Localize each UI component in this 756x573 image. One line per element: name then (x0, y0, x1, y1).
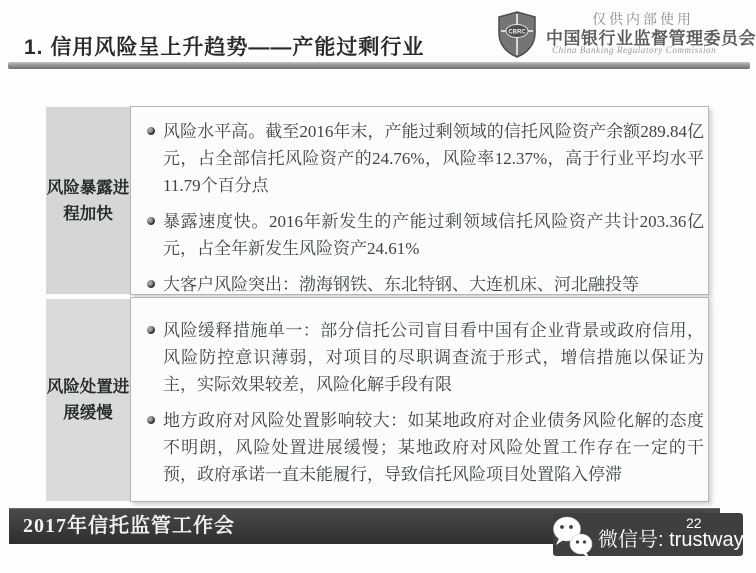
bullet-item: 风险缓释措施单一：部分信托公司盲目看中国有企业背景或政府信用，风险防控意识薄弱，… (145, 317, 704, 398)
bullet-icon (147, 326, 155, 334)
org-name-en: China Banking Regulatory Commission (552, 45, 716, 55)
title-divider-bar (8, 62, 750, 69)
bullet-text: 地方政府对风险处置影响较大：如某地政府对企业债务风险化解的态度不明朗，风险处置进… (163, 411, 704, 484)
bullet-item: 大客户风险突出：渤海钢铁、东北特钢、大连机床、河北融投等 (145, 271, 704, 298)
bullet-item: 风险水平高。截至2016年末，产能过剩领域的信托风险资产余额289.84亿元，占… (145, 118, 704, 199)
bullet-text: 大客户风险突出：渤海钢铁、东北特钢、大连机床、河北融投等 (163, 275, 639, 294)
bullet-text: 风险水平高。截至2016年末，产能过剩领域的信托风险资产余额289.84亿元，占… (163, 122, 704, 195)
bullet-icon (147, 416, 155, 424)
presentation-slide: 1. 信用风险呈上升趋势——产能过剩行业 CBRC 仅供内部使用 中国银行业监督… (0, 0, 756, 573)
section-label-risk-disposal: 风险处置进展缓慢 (46, 299, 130, 501)
bullet-list: 风险水平高。截至2016年末，产能过剩领域的信托风险资产余额289.84亿元，占… (131, 107, 708, 298)
content-panel-risk-exposure: 风险水平高。截至2016年末，产能过剩领域的信托风险资产余额289.84亿元，占… (130, 106, 709, 295)
bullet-text: 风险缓释措施单一：部分信托公司盲目看中国有企业背景或政府信用，风险防控意识薄弱，… (163, 321, 704, 394)
section-label-risk-exposure: 风险暴露进程加快 (46, 107, 130, 294)
bullet-item: 暴露速度快。2016年新发生的产能过剩领域信托风险资产共计203.36亿元，占全… (145, 208, 704, 262)
bullet-text: 暴露速度快。2016年新发生的产能过剩领域信托风险资产共计203.36亿元，占全… (163, 212, 704, 258)
cbrc-shield-logo-icon: CBRC (496, 11, 538, 63)
wechat-icon (552, 515, 594, 566)
wechat-id-label: 微信号: trustway (598, 523, 744, 552)
bullet-icon (147, 280, 155, 288)
bullet-icon (147, 127, 155, 135)
bullet-item: 地方政府对风险处置影响较大：如某地政府对企业债务风险化解的态度不明朗，风险处置进… (145, 407, 704, 488)
shield-text: CBRC (508, 30, 526, 36)
footer-event-title: 2017年信托监管工作会 (23, 509, 235, 544)
bullet-icon (147, 217, 155, 225)
bullet-list: 风险缓释措施单一：部分信托公司盲目看中国有企业背景或政府信用，风险防控意识薄弱，… (131, 298, 708, 488)
content-panel-risk-disposal: 风险缓释措施单一：部分信托公司盲目看中国有企业背景或政府信用，风险防控意识薄弱，… (130, 297, 709, 502)
slide-title: 1. 信用风险呈上升趋势——产能过剩行业 (24, 31, 424, 61)
